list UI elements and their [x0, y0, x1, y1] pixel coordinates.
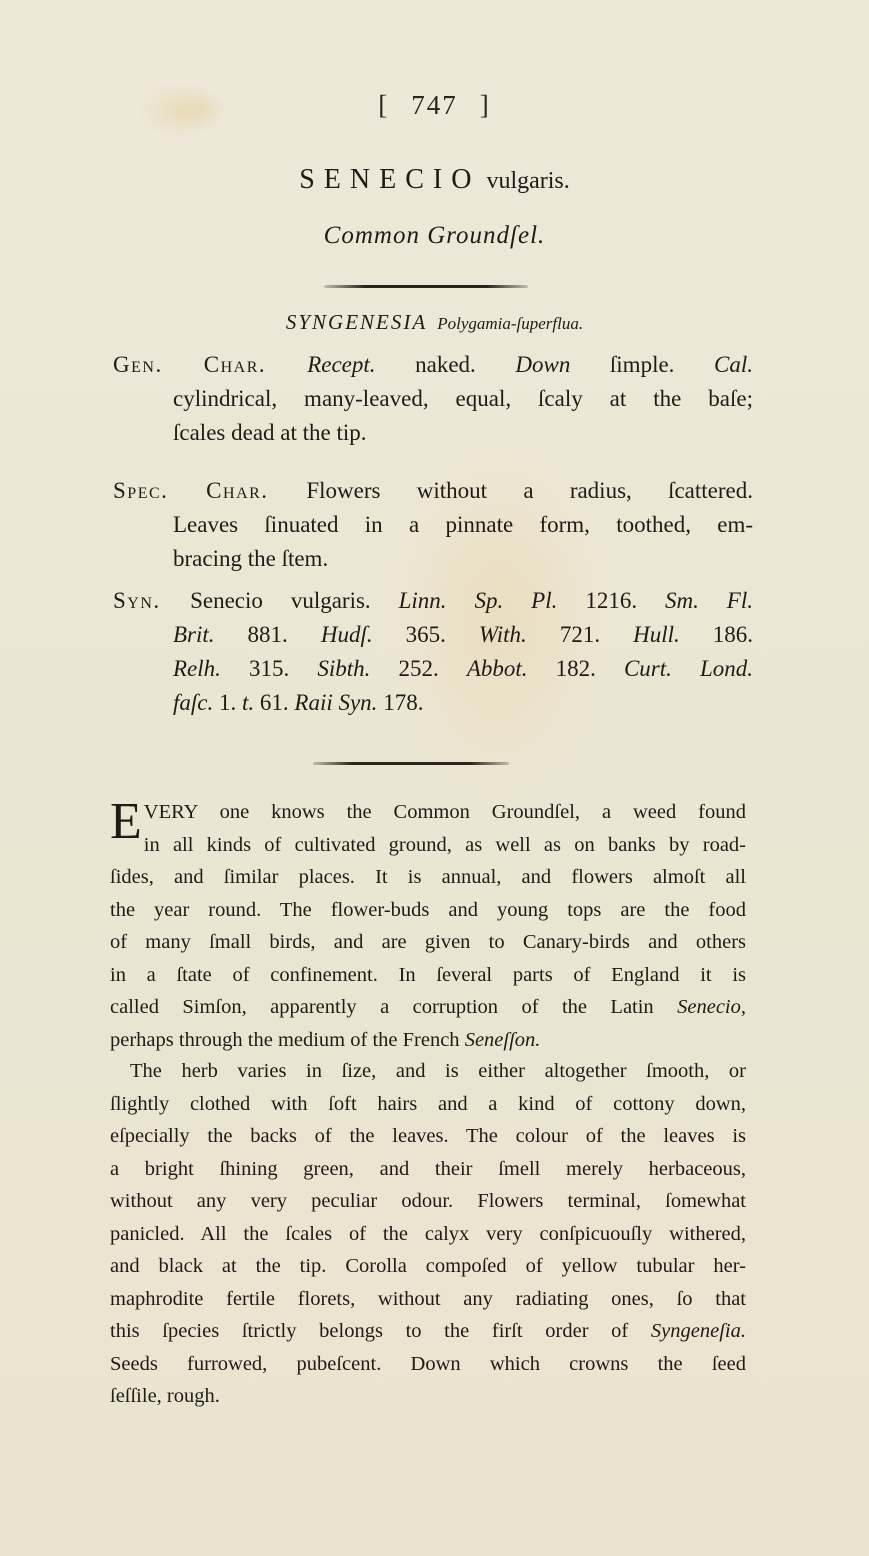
text-line: ſides, and ſimilar places. It is annual,…	[110, 861, 746, 894]
specific-character: Spec. Char. Flowers without a radius, ſc…	[113, 474, 753, 576]
text-line: eſpecially the backs of the leaves. The …	[110, 1120, 746, 1153]
species-epithet: vulgaris.	[486, 168, 569, 194]
species-title: SENECIOvulgaris.	[0, 164, 869, 196]
paragraph-2: The herb varies in ſize, and is either a…	[110, 1055, 746, 1413]
generic-character: Gen. Char. Recept. naked. Down ſimple. C…	[113, 348, 753, 450]
drop-cap: E	[110, 802, 142, 842]
specific-character-lines: Spec. Char. Flowers without a radius, ſc…	[113, 474, 753, 576]
page-number-value: 747	[411, 90, 458, 120]
page-number: [747]	[0, 90, 869, 121]
text-line: called Simſon, apparently a corruption o…	[110, 991, 746, 1024]
text-line: Gen. Char. Recept. naked. Down ſimple. C…	[113, 348, 753, 382]
text-line: without any very peculiar odour. Flowers…	[110, 1185, 746, 1218]
text-line: perhaps through the medium of the French…	[110, 1024, 746, 1057]
divider-rule	[324, 285, 528, 288]
text-line: in a ſtate of confinement. In ſeveral pa…	[110, 959, 746, 992]
text-line: panicled. All the ſcales of the calyx ve…	[110, 1218, 746, 1251]
synonyms-lines: Syn. Senecio vulgaris. Linn. Sp. Pl. 121…	[113, 584, 753, 720]
text-line: of many ſmall birds, and are given to Ca…	[110, 926, 746, 959]
text-line: this ſpecies ſtrictly belongs to the fir…	[110, 1315, 746, 1348]
text-line: in all kinds of cultivated ground, as we…	[110, 829, 746, 862]
text-line: ſcales dead at the tip.	[113, 416, 753, 450]
paragraph-1: E VERY one knows the Common Groundſel, a…	[110, 796, 746, 1056]
text-line: Leaves ſinuated in a pinnate form, tooth…	[113, 508, 753, 542]
text-line: a bright ſhining green, and their ſmell …	[110, 1153, 746, 1186]
text-line: The herb varies in ſize, and is either a…	[110, 1055, 746, 1088]
entry-label: Spec. Char.	[113, 478, 306, 503]
book-page: [747] SENECIOvulgaris. Common Groundſel.…	[0, 0, 869, 1556]
synonyms: Syn. Senecio vulgaris. Linn. Sp. Pl. 121…	[113, 584, 753, 720]
text-line: Spec. Char. Flowers without a radius, ſc…	[113, 474, 753, 508]
entry-label: Gen. Char.	[113, 352, 307, 377]
paragraph-1-lines: VERY one knows the Common Groundſel, a w…	[110, 796, 746, 1056]
bracket-left: [	[356, 90, 411, 121]
text-line: faſc. 1. t. 61. Raii Syn. 178.	[113, 686, 753, 720]
text-line: Brit. 881. Hudſ. 365. With. 721. Hull. 1…	[113, 618, 753, 652]
classification: SYNGENESIAPolygamia-ſuperflua.	[0, 310, 869, 335]
entry-label: Syn.	[113, 588, 190, 613]
text-line: bracing the ſtem.	[113, 542, 753, 576]
text-line: Relh. 315. Sibth. 252. Abbot. 182. Curt.…	[113, 652, 753, 686]
text-line: and black at the tip. Corolla compoſed o…	[110, 1250, 746, 1283]
text-line: Syn. Senecio vulgaris. Linn. Sp. Pl. 121…	[113, 584, 753, 618]
linnaean-order: Polygamia-ſuperflua.	[437, 314, 583, 333]
paragraph-2-lines: The herb varies in ſize, and is either a…	[110, 1055, 746, 1413]
text-line: cylindrical, many-leaved, equal, ſcaly a…	[113, 382, 753, 416]
text-line: Seeds furrowed, pubeſcent. Down which cr…	[110, 1348, 746, 1381]
text-line: ſlightly clothed with ſoft hairs and a k…	[110, 1088, 746, 1121]
text-line: maphrodite fertile florets, without any …	[110, 1283, 746, 1316]
text-line: the year round. The flower-buds and youn…	[110, 894, 746, 927]
generic-character-lines: Gen. Char. Recept. naked. Down ſimple. C…	[113, 348, 753, 450]
divider-rule	[313, 762, 509, 765]
bracket-right: ]	[458, 90, 513, 121]
text-line: VERY one knows the Common Groundſel, a w…	[110, 796, 746, 829]
common-name: Common Groundſel.	[0, 222, 869, 250]
genus-name: SENECIO	[299, 164, 480, 195]
linnaean-class: SYNGENESIA	[286, 310, 427, 334]
text-line: ſeſſile, rough.	[110, 1380, 746, 1413]
